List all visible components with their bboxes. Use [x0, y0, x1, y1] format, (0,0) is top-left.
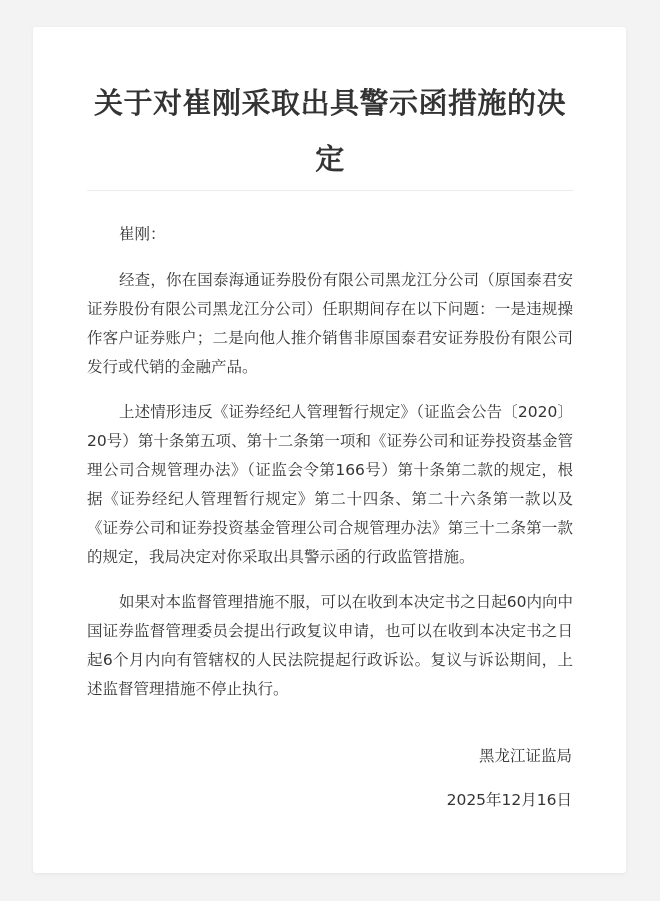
page-title: 关于对崔刚采取出具警示函措施的决定 — [87, 75, 573, 187]
issue-date: 2025年12月16日 — [447, 786, 572, 815]
salutation: 崔刚： — [87, 220, 573, 249]
paragraph-appeal-rights: 如果对本监督管理措施不服，可以在收到本决定书之日起60内向中国证券监督管理委员会… — [87, 588, 573, 704]
paragraph-findings: 经查，你在国泰海通证券股份有限公司黑龙江分公司（原国泰君安证券股份有限公司黑龙江… — [87, 266, 573, 382]
paragraph-legal-basis: 上述情形违反《证券经纪人管理暂行规定》（证监会公告〔2020〕20号）第十条第五… — [87, 398, 573, 572]
title-divider — [87, 190, 573, 191]
document-card: 关于对崔刚采取出具警示函措施的决定 崔刚： 经查，你在国泰海通证券股份有限公司黑… — [33, 27, 626, 873]
document-body: 崔刚： 经查，你在国泰海通证券股份有限公司黑龙江分公司（原国泰君安证券股份有限公… — [87, 220, 573, 720]
issuer-signature: 黑龙江证监局 — [479, 742, 572, 771]
